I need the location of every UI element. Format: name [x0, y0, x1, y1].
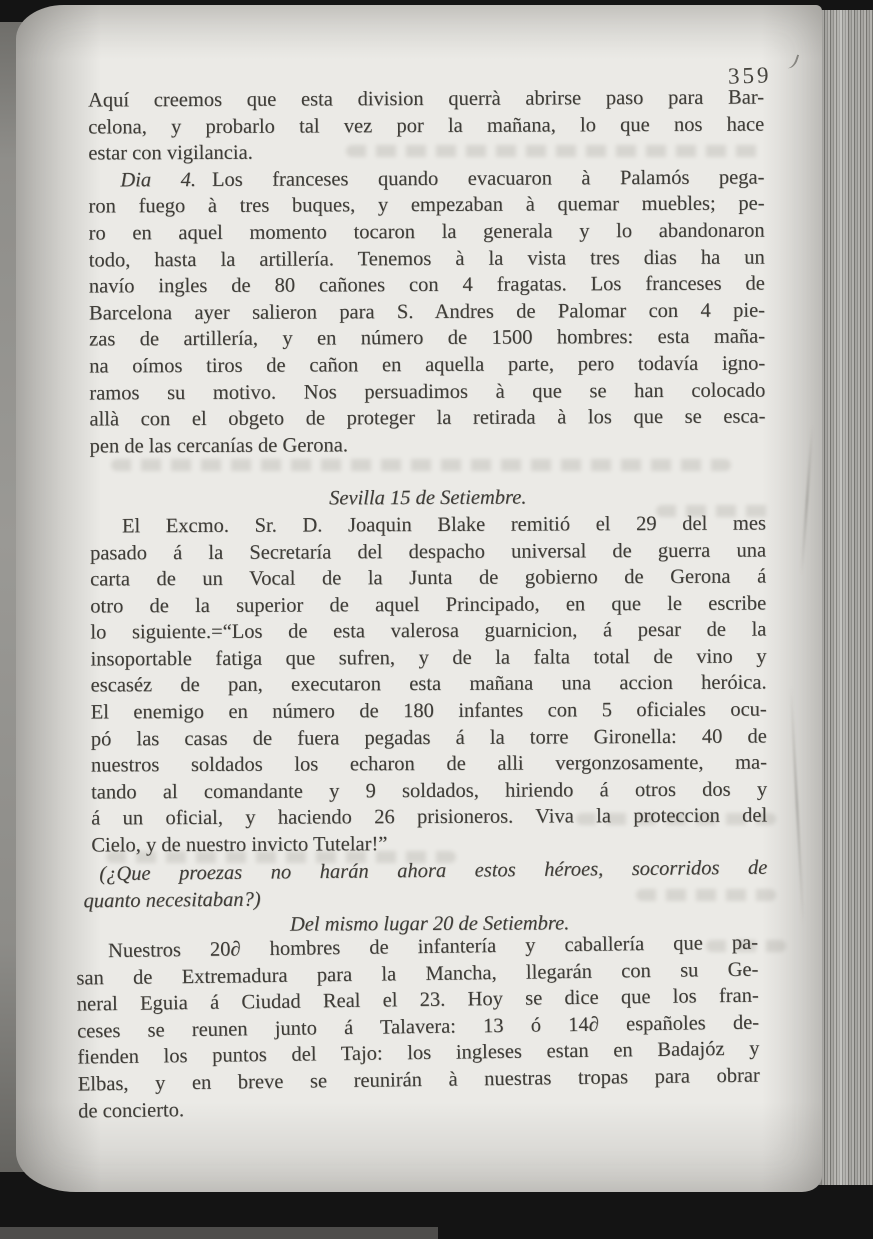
- text-line: El Excmo. Sr. D. Joaquin Blake remitió e…: [90, 510, 766, 540]
- paragraph-blake: El Excmo. Sr. D. Joaquin Blake remitió e…: [90, 510, 768, 859]
- text-line: ron fuego à tres buques, y empezaban à q…: [88, 191, 764, 221]
- text-line: lo siguiente.=“Los de esta valerosa guar…: [90, 617, 766, 647]
- text-line: todo, hasta la artillería. Tenemos à la …: [89, 244, 765, 274]
- text-line: El enemigo en número de 180 infantes con…: [91, 697, 767, 727]
- text-line: á un oficial, y haciendo 26 prisioneros.…: [91, 803, 767, 833]
- date-lead: Dia 4.: [120, 169, 196, 191]
- desk-edge: [0, 1227, 438, 1239]
- text-line: insoportable fatiga que sufren, y de la …: [90, 643, 766, 673]
- ink-flourish-mark: [784, 52, 799, 71]
- book-page: 359 Aquí creemos que esta division querr…: [16, 5, 822, 1192]
- paragraph-editorial-aside: (¿Que proezas no harán ahora estos héroe…: [83, 854, 767, 914]
- text-line: zas de artillería, y en número de 1500 h…: [89, 324, 765, 354]
- text-line: allà con el obgeto de proteger la retira…: [89, 404, 765, 434]
- text-line: na oímos tiros de cañon en aquella parte…: [89, 350, 765, 380]
- paragraph-tropas: Nuestros 20∂ hombres de infantería y cab…: [76, 930, 760, 1125]
- text-line: pó las casas de fuera pegadas á la torre…: [91, 723, 767, 753]
- text-line: navío ingles de 80 cañones con 4 fragata…: [89, 271, 765, 301]
- book-photo: 359 Aquí creemos que esta division querr…: [0, 0, 873, 1239]
- paragraph-dia4: Dia 4.Los franceses quando evacuaron à P…: [88, 164, 765, 459]
- text-line: ramos su motivo. Nos persuadimos à que s…: [89, 377, 765, 407]
- text-line: Dia 4.Los franceses quando evacuaron à P…: [88, 164, 764, 194]
- text-run: Los franceses quando evacuaron à Palamós…: [212, 166, 765, 190]
- paper-crease: [801, 425, 813, 575]
- text-line: Cielo, y de nuestro invicto Tutelar!”: [91, 830, 767, 860]
- text-line: ro en aquel momento tocaron la generala …: [89, 217, 765, 247]
- text-line: pasado á la Secretaría del despacho univ…: [90, 537, 766, 567]
- section-heading-sevilla: Sevilla 15 de Setiembre.: [90, 484, 766, 514]
- paragraph-vigilancia: Aquí creemos que esta division querrà ab…: [88, 85, 764, 168]
- text-block: Aquí creemos que esta division querrà ab…: [88, 85, 769, 1126]
- paper-crease: [790, 685, 805, 925]
- text-line: celona, y probarlo tal vez por la mañana…: [88, 111, 764, 141]
- text-line: tando al comandante y 9 soldados, hirien…: [91, 776, 767, 806]
- text-line: estar con vigilancia.: [88, 138, 764, 168]
- text-line: Barcelona ayer salieron para S. Andres d…: [89, 297, 765, 327]
- text-line: escaséz de pan, executaron esta mañana u…: [91, 670, 767, 700]
- text-line: pen de las cercanías de Gerona.: [90, 430, 766, 460]
- book-fore-edge: [815, 10, 873, 1185]
- text-line: nuestros soldados los echaron de alli ve…: [91, 750, 767, 780]
- text-line: Aquí creemos que esta division querrà ab…: [88, 85, 764, 115]
- text-line: carta de un Vocal de la Junta de gobiern…: [90, 564, 766, 594]
- text-line: otro de la superior de aquel Principado,…: [90, 590, 766, 620]
